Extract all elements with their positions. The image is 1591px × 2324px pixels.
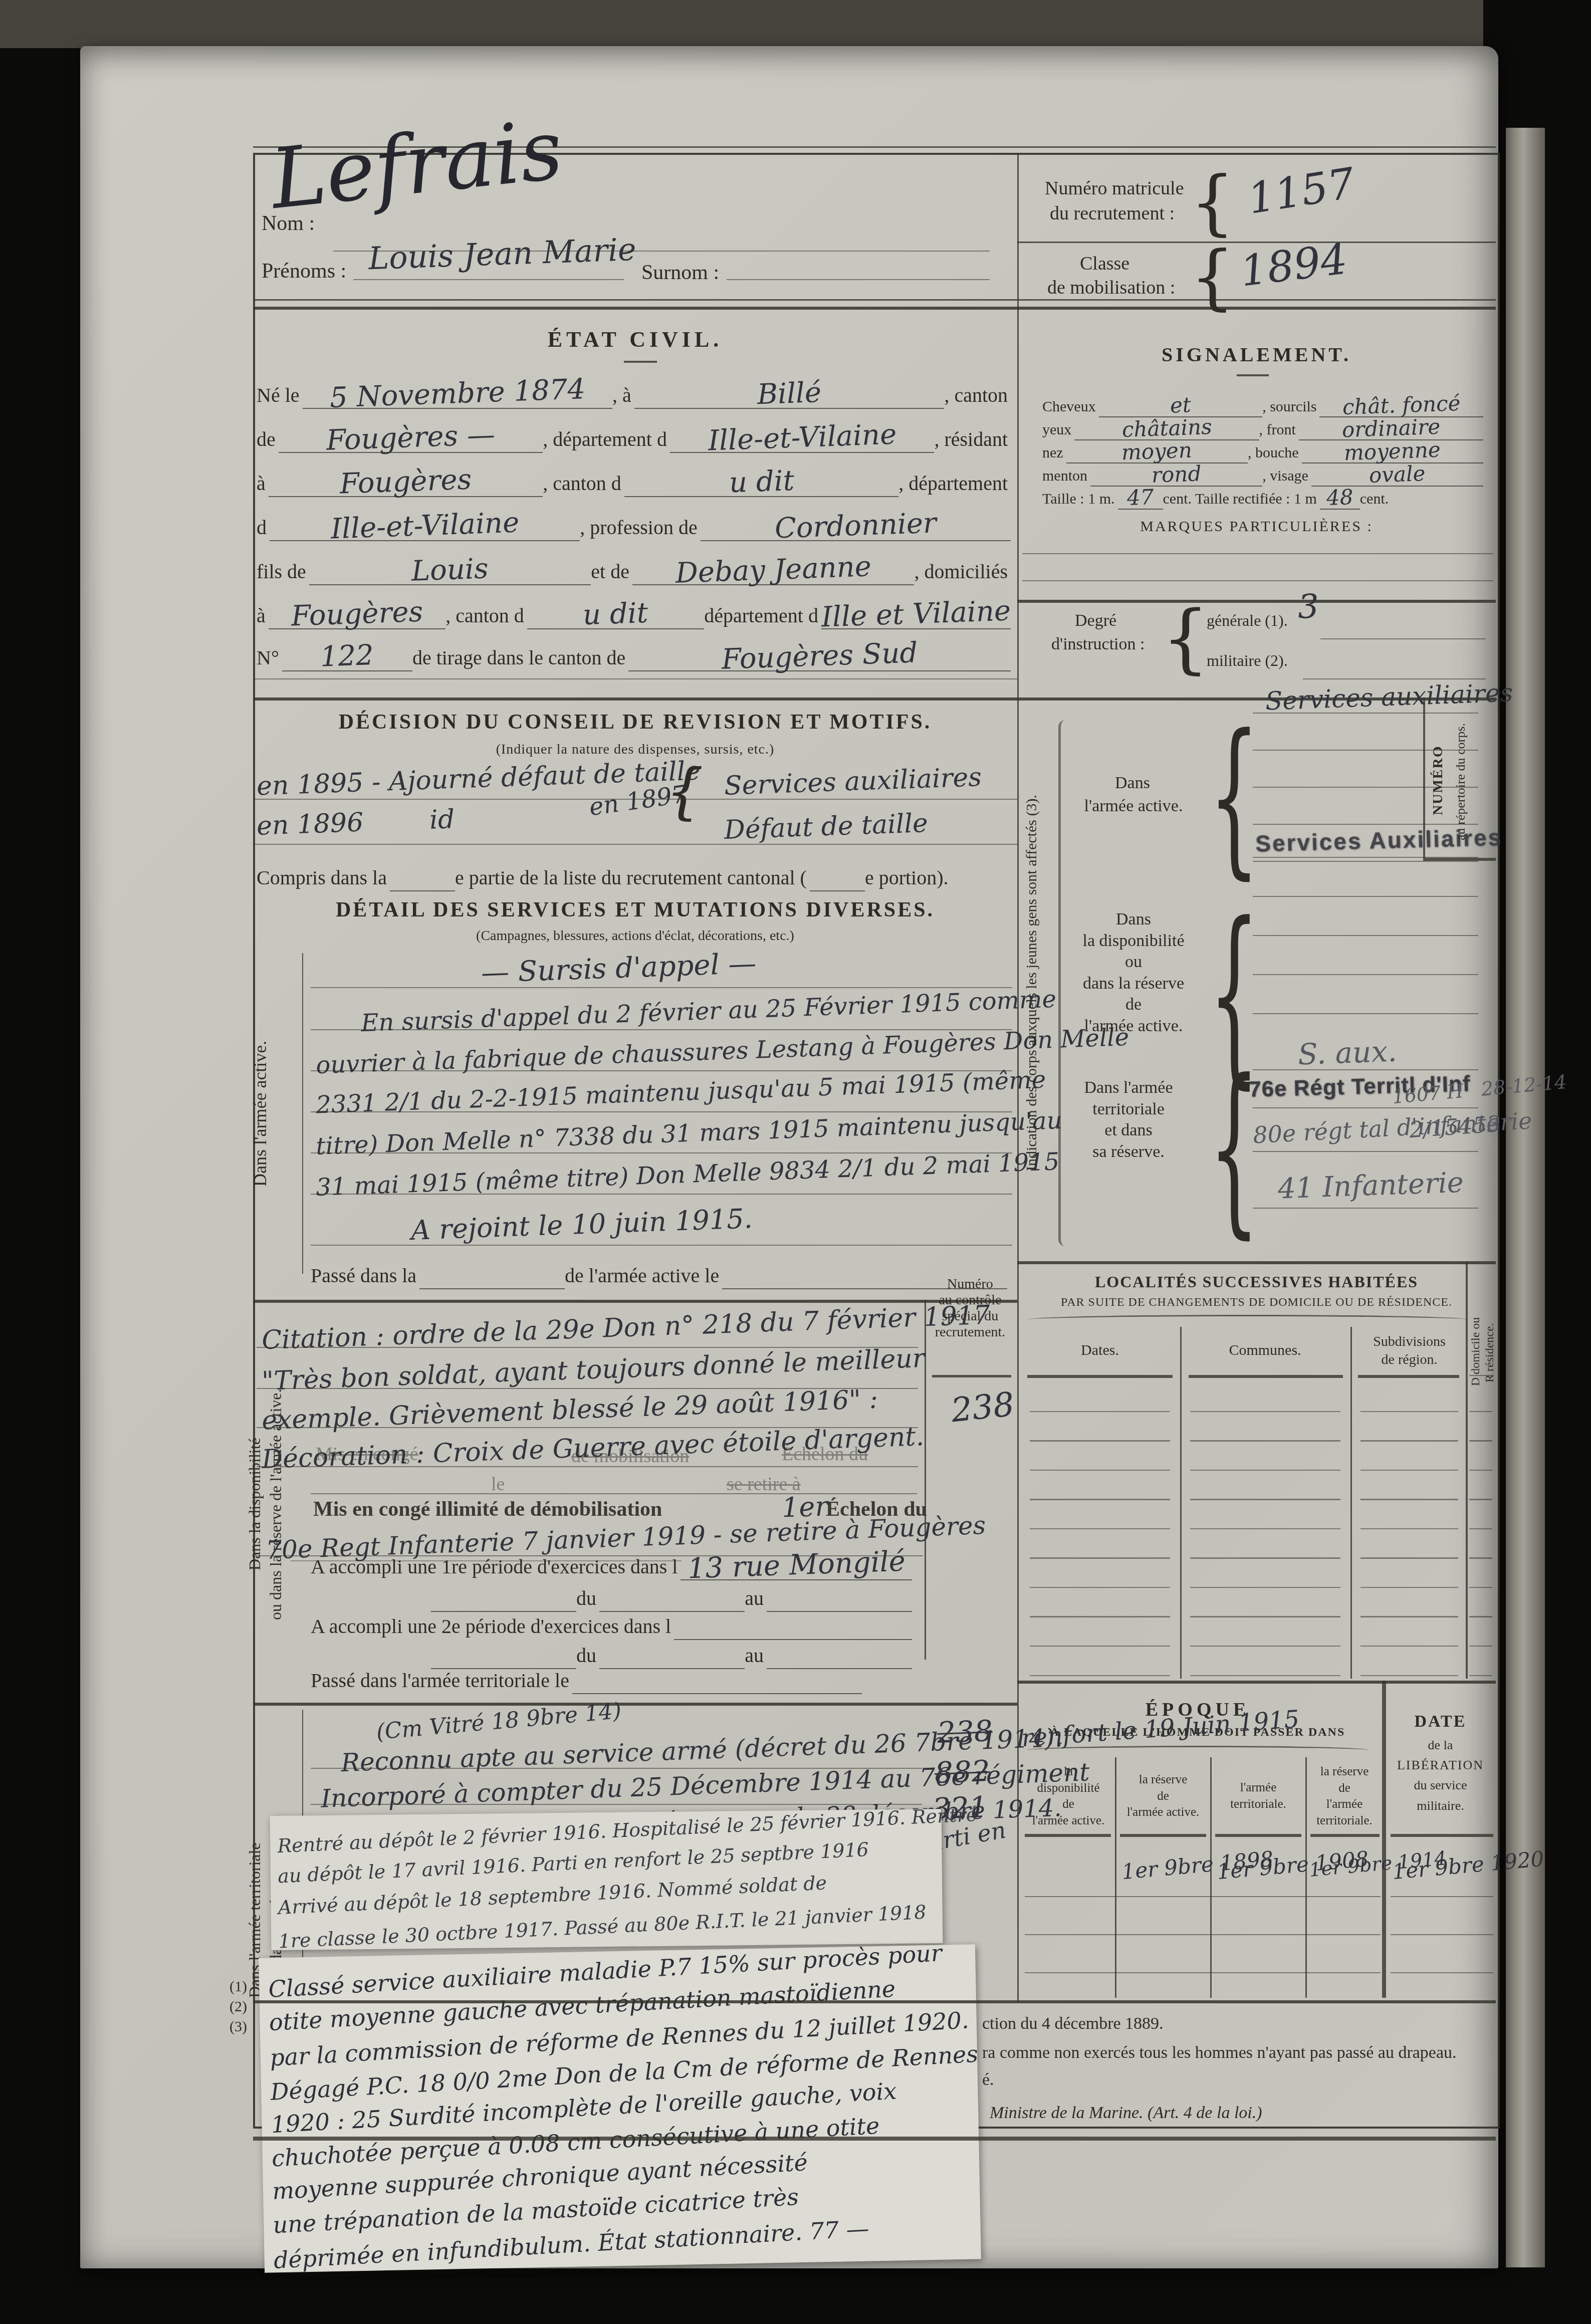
mere-value: Debay Jeanne [675,556,871,585]
du-label-2: du [576,1644,599,1669]
canton2-fill: u dit [624,471,898,497]
note-fragment-2: ra comme non exercés tous les hommes n'a… [982,2043,1456,2062]
c4-2: de [1338,1781,1350,1795]
menton-label: menton [1042,468,1090,487]
fill [767,1607,912,1612]
du-au-row-2: du au [431,1644,912,1669]
etat-civil-row-parents: fils de Louis et de Debay Jeanne , domic… [257,559,1011,585]
footnote-mark-1: (1) [230,1978,247,1995]
col-subdiv-2: de région. [1358,1352,1461,1368]
epoque-col3-header: l'arméeterritoriale. [1214,1780,1303,1812]
terr-l4: sa réserve. [1092,1142,1164,1161]
compris-fill-1 [390,886,455,891]
decision-title: DÉCISION DU CONSEIL DE REVISION ET MOTIF… [253,710,1017,734]
du-label-1: du [576,1586,599,1612]
rule [1253,1151,1478,1152]
c2-1: la réserve [1139,1773,1187,1786]
dispo-l6: l'armée active. [1084,1017,1183,1035]
echelon-faint: Échelon du [782,1443,868,1465]
ep-empty-rule-1b [1391,1934,1493,1935]
nez-label: nez [1042,444,1066,463]
passe-fill-1 [419,1284,565,1289]
classe-brace: { [1190,243,1235,313]
le-faint: le [491,1473,505,1495]
sig-row-cheveux: Cheveux et , sourcils chât. foncé [1042,397,1483,417]
periode2-label: A accompli une 2e période d'exercices da… [311,1614,674,1640]
instruction-label-2: d'instruction : [1051,635,1145,654]
hdr-rule-2 [1189,1375,1343,1378]
c5-5: militaire. [1417,1798,1464,1813]
au-label-2: au [745,1644,767,1669]
decision-brace: { [665,762,704,822]
epoque-vr-1 [1115,1757,1116,1998]
etat-civil-row-naissance: Né le 5 Novembre 1874 , à Billé , canton [257,383,1011,409]
c3-2: territoriale. [1230,1797,1286,1811]
d3-label: d [257,516,270,541]
visage-fill: ovale [1311,466,1483,487]
ep-rule-5 [1391,1834,1493,1837]
rule [311,1245,1012,1246]
ep-value-rule-b [1391,1896,1493,1897]
demob-addr-value: 13 rue Mongilé [687,1550,905,1580]
visage-label: , visage [1262,468,1311,487]
numero-subcol-divider [1423,698,1425,858]
rule [311,987,1012,988]
paper-slip-2: Classé service auxiliaire maladie P.7 15… [259,1944,981,2272]
instruction-brace: { [1162,601,1209,676]
canton3-label: , canton d [445,604,527,629]
ne-le-label: Né le [257,383,303,409]
taille-rect-fill: 48 [1320,489,1360,510]
residence-value: Fougères [339,469,472,496]
rule [1253,1208,1478,1209]
footnote-mark-3: (3) [230,2018,247,2035]
rule [1253,935,1478,936]
compris-row: Compris dans la e partie de la liste du … [257,866,1003,891]
side-label-armee-active: Dans l'armée active. [250,973,271,1254]
tirage-canton-fill: Fougères Sud [628,645,1011,671]
residence-fill: Fougères [269,471,543,497]
localites-vr-1 [1180,1327,1182,1679]
mobilisation-faint: de mobilisation [571,1445,689,1467]
ep-rule-1 [1025,1834,1111,1837]
note-fragment-1: ction du 4 décembre 1889. [982,2014,1164,2033]
canton-label: , canton [944,383,1011,409]
cheveux-label: Cheveux [1042,398,1099,417]
domicile-fill: Fougères [269,603,445,629]
etat-civil-title: ÉTAT CIVIL. [253,327,1017,352]
footnote-mark-2: (2) [230,1998,247,2015]
compris-label-1: Compris dans la [257,866,390,891]
register-top-edge [0,0,1591,48]
residant-label: , résidant [934,427,1011,453]
canton-fill: Fougères — [279,427,543,453]
fils-de-label: fils de [257,560,309,585]
etat-civil-row-residence: à Fougères , canton d u dit , départemen… [257,471,1011,497]
corps-active-label-2: l'armée active. [1063,797,1204,816]
ep-rule-4 [1310,1834,1380,1837]
etat-civil-row-profession: d Ille-et-Vilaine , profession de Cordon… [257,515,1011,541]
sig-row-menton: menton rond , visage ovale [1042,466,1483,487]
rule [1253,713,1478,714]
margin-number-238: 238 [937,1714,993,1750]
c5-3: LIBÉRATION [1397,1758,1484,1772]
dates-col-rules [1030,1383,1170,1676]
matricule-rule [1017,242,1496,243]
nez-value: moyen [1121,442,1193,461]
dept3-value: Ille-et-Vilaine [330,512,520,541]
c5-2: de la [1428,1738,1453,1752]
localites-bottom-rule [1017,1681,1496,1684]
menton-value: rond [1151,465,1201,484]
ep-rule-2 [1120,1834,1206,1837]
tirage-row: N° 122 de tirage dans le canton de Fougè… [257,645,1011,671]
c2-2: de [1157,1789,1169,1803]
instruction-generale: générale (1). [1207,611,1288,630]
ep-empty-rule-2b [1391,1972,1493,1973]
rule [253,799,1017,800]
mis-conge-faint: Mis en congé [316,1443,418,1465]
bouche-fill: moyenne [1302,443,1483,463]
taille-value: 47 [1126,489,1154,506]
taille-label-3: cent. [1360,491,1392,510]
surnom-label: Surnom : [641,261,719,285]
notes-top-rule [253,2000,1496,2003]
tirage-canton-value: Fougères Sud [721,642,918,671]
rule [1320,638,1486,639]
corps-terr-label: Dans l'armée territoriale et dans sa rés… [1058,1077,1199,1163]
instruction-label-1: Degré [1075,611,1116,630]
rule [253,1300,1017,1303]
bouche-label: , bouche [1248,444,1302,463]
localites-vr-2 [1350,1327,1352,1679]
fill [599,1607,745,1612]
c4-4: territoriale. [1316,1814,1373,1827]
et-de-label: et de [591,560,632,585]
taille-label-1: Taille : 1 m. [1042,491,1118,510]
dept3b-fill: Ille et Vilaine [821,603,1011,629]
yeux-value: châtains [1121,418,1212,438]
rule [1253,1107,1478,1108]
localites-brace-wave [1027,1315,1468,1324]
signalement-tick [1237,374,1269,376]
birth-place-fill: Billé [634,383,945,409]
passe-territoriale-row: Passé dans l'armée territoriale le [311,1669,862,1694]
c3-1: l'armée [1240,1781,1277,1794]
marques-title: MARQUES PARTICULIÈRES : [1017,518,1496,535]
c1-1: la [1064,1765,1073,1778]
rule [1303,678,1486,679]
sig-row-yeux: yeux châtains , front ordinaire [1042,420,1483,440]
compris-fill-2 [810,886,865,891]
matricule-label-line1: Numéro matricule [1045,177,1184,199]
side-label-corps: Indication des corps auxquels les jeunes… [1023,713,1040,1254]
instruction-generale-value: 3 [1297,587,1320,626]
rule [253,1703,1017,1706]
sourcils-label: , sourcils [1262,398,1319,417]
rule [1253,974,1478,975]
c5-4: du service [1414,1778,1467,1792]
front-value: ordinaire [1341,418,1440,438]
margin-number-882: 882 [934,1754,991,1790]
pere-value: Louis [411,558,489,583]
nom-label: Nom : [262,211,315,236]
note-fragment-4: Ministre de la Marine. (Art. 4 de la loi… [990,2104,1262,2123]
margin-rule [302,953,303,1274]
hdr-rule-4 [1469,1375,1493,1376]
surnom-rule [727,279,990,280]
corps-active-label-1: Dans [1077,774,1188,793]
communes-col-rules [1190,1383,1340,1676]
bouche-value: moyenne [1344,441,1441,461]
periode1-fill: 13 rue Mongilé [680,1554,912,1580]
etat-civil-tick [624,361,657,363]
controle-rule [932,1375,1011,1377]
ep-empty-rule-1a [1025,1934,1381,1935]
taille-label-2: cent. Taille rectifiée : 1 m [1163,491,1320,510]
rule [1022,580,1493,581]
sourcils-value: chât. foncé [1342,395,1461,416]
taille-fill: 47 [1118,489,1163,510]
departement-fill: Ille-et-Vilaine [670,427,934,453]
dept2-label: , département [898,472,1011,497]
epoque-col2-header: la réservedel'armée active. [1118,1772,1208,1821]
numero-tirage-value: 122 [320,644,374,669]
cheveux-value: et [1170,396,1191,414]
ep-value-rule-a [1025,1896,1381,1897]
register-photo: 4 Lefrais Nom : Prénoms : Louis Jean Mar… [0,0,1591,2324]
corps-dispo-label: Dans la disponibilité ou dans la réserve… [1063,909,1204,1037]
c5-1: DATE [1415,1712,1467,1731]
paper-slip-1: Rentré au dépôt le 2 février 1916. Hospi… [270,1809,943,1950]
rule [1017,1261,1496,1264]
adjacent-page-edge [1506,128,1545,2267]
passe-label-2: de l'armée active le [565,1264,722,1289]
mis-conge-illimite: Mis en congé illimité de démobilisation [313,1497,662,1521]
epoque-col1-header: ladisponibilitédel'armée active. [1023,1764,1113,1829]
epoque-col4-header: la réservedel'arméeterritoriale. [1309,1764,1380,1829]
col-dates: Dates. [1027,1342,1173,1359]
rule [311,1194,1012,1195]
sig-row-taille: Taille : 1 m. 47 cent. Taille rectifiée … [1042,489,1483,510]
terr-l2: territoriale [1092,1100,1164,1118]
ep-rule-3 [1215,1834,1301,1837]
canton2-value: u dit [729,470,795,495]
terr-value-s-aux: S. aux. [1297,1034,1398,1072]
epoque-col5-header: DATE de la LIBÉRATION du service militai… [1389,1709,1492,1816]
hdr-rule-3 [1358,1375,1459,1378]
numero-tirage-fill: 122 [282,645,412,671]
departement-value: Ille-et-Vilaine [708,423,897,452]
yeux-label: yeux [1042,421,1074,440]
profession-value: Cordonnier [774,512,937,540]
localites-subtitle: PAR SUITE DE CHANGEMENTS DE DOMICILE OU … [1017,1296,1496,1309]
au-label-1: au [745,1586,767,1612]
col-subdiv-1: Subdivisions [1358,1334,1461,1350]
controle-value: 238 [949,1385,1016,1430]
rule [1253,861,1478,862]
c1-4: l'armée active. [1032,1814,1105,1827]
prenoms-rule [353,279,624,280]
a-label: , à [612,383,634,409]
matricule-label-line2: du recrutement : [1050,202,1175,224]
front-fill: ordinaire [1299,420,1483,440]
rule [1253,1013,1478,1014]
col-communes: Communes. [1189,1342,1341,1359]
c4-3: l'armée [1326,1797,1363,1811]
departement-label: , département d [543,427,670,453]
tirage-canton-label: de tirage dans le canton de [412,646,628,671]
epoque-vr-date [1382,1681,1386,1998]
matricule-brace: { [1190,168,1235,238]
dispo-l3: ou [1125,953,1142,971]
note-fragment-3: é. [982,2070,994,2089]
domicilies-label: , domiciliés [914,560,1011,585]
c4-1: la réserve [1320,1765,1369,1778]
profession-fill: Cordonnier [701,515,1011,541]
services-subtitle: (Campagnes, blessures, actions d'éclat, … [253,928,1017,944]
etat-civil-row-domicile: à Fougères , canton d u dit département … [257,603,1011,629]
corps-active-brace: { [1209,713,1260,881]
passe-territoriale-fill [572,1689,862,1694]
instruction-militaire: militaire (2). [1207,651,1288,670]
canton3-value: u dit [583,602,649,627]
numero-header-2: au répertoire du corps. [1453,707,1468,857]
rule [253,678,1017,679]
dispo-l1: Dans [1116,910,1151,928]
dr-col-rules [1469,1383,1492,1676]
rule [253,698,1017,701]
ne-le-fill: 5 Novembre 1874 [303,383,613,409]
periode2-fill [674,1635,912,1640]
du-au-row-1: du au [431,1586,912,1612]
rule [1253,1069,1478,1070]
epoque-vr-2 [1210,1757,1212,1998]
birth-place-value: Billé [757,382,822,406]
nez-fill: moyen [1066,443,1248,463]
visage-value: ovale [1369,465,1426,484]
numero-tirage-label: N° [257,646,282,671]
controle-h1: Numéro [947,1276,993,1292]
periode1-label: A accompli une 1re période d'exercices d… [311,1555,680,1580]
sig-row-nez: nez moyen , bouche moyenne [1042,443,1483,463]
rule [1022,553,1493,554]
dispo-l4: dans la réserve [1083,974,1184,993]
de-label: de [257,427,279,453]
rule [1017,600,1496,603]
passe-territoriale-label: Passé dans l'armée territoriale le [311,1669,572,1694]
dispo-l5: de [1125,995,1142,1014]
localites-vr-3 [1466,1261,1468,1679]
domicile-value: Fougères [291,601,423,628]
cheveux-fill: et [1099,397,1263,417]
matricule-sheet: Lefrais Nom : Prénoms : Louis Jean Marie… [80,46,1498,2268]
dept3-fill: Ille-et-Vilaine [270,515,580,541]
localites-title: LOCALITÉS SUCCESSIVES HABITÉES [1017,1273,1496,1291]
signalement-title: SIGNALEMENT. [1017,343,1496,366]
menton-fill: rond [1090,466,1262,487]
header-rule-1 [253,299,1496,301]
yeux-fill: châtains [1074,420,1259,440]
classe-label-line2: de mobilisation : [1047,277,1175,299]
mere-fill: Debay Jeanne [632,559,914,585]
rule [253,844,1017,845]
ep-empty-rule-2a [1025,1972,1381,1973]
dept3b-value: Ille et Vilaine [821,600,1011,629]
front-label: , front [1259,421,1299,440]
a3-label: à [257,604,269,629]
terr-l1: Dans l'armée [1084,1078,1173,1097]
c1-2: disponibilité [1037,1781,1100,1795]
rule [1253,896,1478,897]
decision-subtitle: (Indiquer la nature des dispenses, sursi… [253,742,1017,758]
c2-3: l'armée active. [1127,1805,1200,1819]
taille-rect-value: 48 [1326,489,1353,506]
fill [431,1607,576,1612]
hdr-rule-1 [1027,1375,1173,1378]
numero-subcol-rule [1423,858,1496,861]
controle-divider [925,1300,926,1660]
dept3b-label: département d [704,604,821,629]
periode2-row: A accompli une 2e période d'exercices da… [311,1614,912,1640]
terr-value-41: 41 Infanterie [1277,1167,1464,1206]
a2-label: à [257,472,269,497]
compris-label-3: e portion). [865,866,952,891]
numero-header-1: NUMÉRO [1430,715,1446,845]
etat-civil-row-canton: de Fougères — , département d Ille-et-Vi… [257,427,1011,453]
canton2-label: , canton d [543,472,624,497]
classe-label-line1: Classe [1080,253,1129,275]
profession-label: , profession de [580,516,700,541]
canton3-fill: u dit [527,603,704,629]
dispo-l2: la disponibilité [1082,932,1184,950]
header-rule-2 [253,307,1496,310]
canton-value: Fougères — [326,424,495,452]
epoque-vr-3 [1305,1757,1307,1998]
compris-label-2: e partie de la liste du recrutement cant… [455,866,810,891]
bottom-outer-rule [253,2137,1496,2141]
terr-l3: et dans [1104,1121,1152,1139]
periode1-row: A accompli une 1re période d'exercices d… [311,1554,912,1580]
prenoms-label: Prénoms : [262,259,346,283]
services-title: DÉTAIL DES SERVICES ET MUTATIONS DIVERSE… [253,898,1017,922]
sourcils-fill: chât. foncé [1319,397,1483,417]
passe-label-1: Passé dans la [311,1264,419,1289]
birth-date-value: 5 Novembre 1874 [329,378,585,410]
passe-armee-active-row: Passé dans la de l'armée active le [311,1264,1007,1289]
rule [311,1029,1012,1030]
pere-fill: Louis [309,559,591,585]
subdiv-col-rules [1360,1383,1458,1676]
c1-3: de [1062,1797,1074,1811]
